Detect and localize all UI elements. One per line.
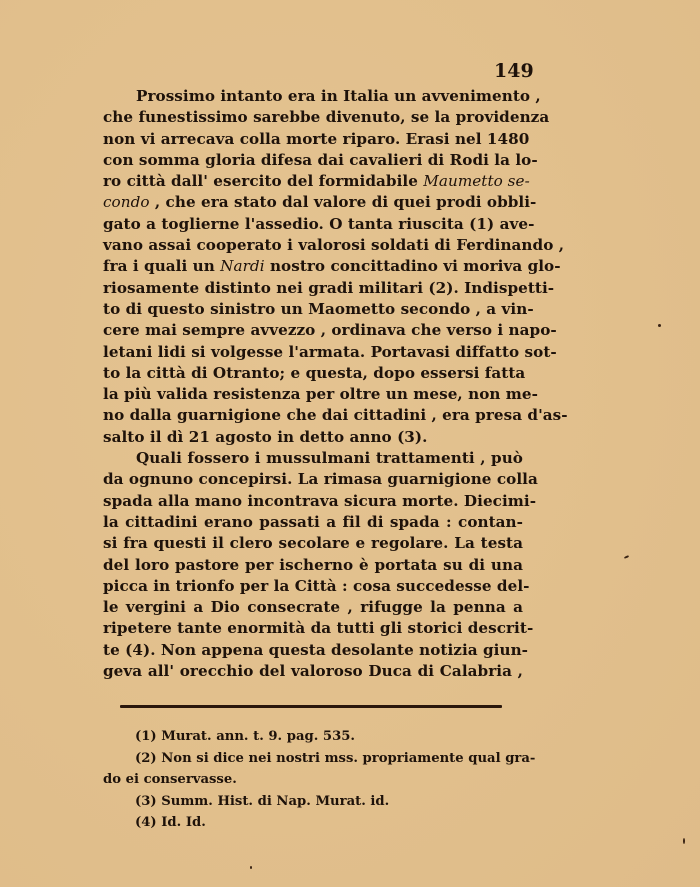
- book-page: 149 Prossimo intanto era in Italia un av…: [0, 0, 700, 887]
- footnotes: (1) Murat. ann. t. 9. pag. 535. (2) Non …: [103, 726, 503, 834]
- text-fragment: fra i quali un: [103, 257, 220, 275]
- text-line: del loro pastore per ischerno è portata …: [103, 555, 523, 576]
- text-fragment: , che era stato dal valore di quei prodi…: [150, 193, 537, 211]
- text-line: Prossimo intanto era in Italia un avveni…: [103, 86, 523, 107]
- text-line: da ognuno concepirsi. La rimasa guarnigi…: [103, 469, 523, 490]
- text-fragment: nostro concittadino vi moriva glo-: [265, 257, 561, 275]
- paper-speck: [683, 838, 685, 844]
- footnote-4: (4) Id. Id.: [103, 812, 503, 834]
- paper-speck: [250, 866, 252, 869]
- text-line: che funestissimo sarebbe divenuto, se la…: [103, 107, 523, 128]
- paper-speck: [624, 555, 629, 559]
- text-line: le vergini a Dio consecrate , rifugge la…: [103, 597, 523, 618]
- text-fragment: ro città dall' esercito del formidabile: [103, 172, 423, 190]
- text-line: cere mai sempre avvezzo , ordinava che v…: [103, 320, 523, 341]
- text-line: picca in trionfo per la Città : cosa suc…: [103, 576, 523, 597]
- text-line: to la città di Otranto; e questa, dopo e…: [103, 363, 523, 384]
- italic-name-nardi: Nardi: [220, 257, 264, 275]
- italic-name-maumetto: Maumetto se-: [423, 172, 529, 190]
- text-line: to di questo sinistro un Maometto second…: [103, 299, 523, 320]
- text-line: no dalla guarnigione che dai cittadini ,…: [103, 405, 523, 426]
- footnote-3: (3) Summ. Hist. di Nap. Murat. id.: [103, 791, 503, 813]
- footnote-2: (2) Non si dice nei nostri mss. propriam…: [103, 748, 503, 770]
- text-line: non vi arrecava colla morte riparo. Eras…: [103, 129, 523, 150]
- text-line: vano assai cooperato i valorosi soldati …: [103, 235, 523, 256]
- text-line: con somma gloria difesa dai cavalieri di…: [103, 150, 523, 171]
- text-line: gato a toglierne l'assedio. O tanta rius…: [103, 214, 523, 235]
- paper-speck: [658, 324, 661, 327]
- footnote-1: (1) Murat. ann. t. 9. pag. 535.: [103, 726, 503, 748]
- text-line: condo , che era stato dal valore di quei…: [103, 192, 523, 213]
- text-line: si fra questi il clero secolare e regola…: [103, 533, 523, 554]
- text-line: geva all' orecchio del valoroso Duca di …: [103, 661, 523, 682]
- text-line: ripetere tante enormità da tutti gli sto…: [103, 618, 523, 639]
- text-line: letani lidi si volgesse l'armata. Portav…: [103, 342, 523, 363]
- body-text: Prossimo intanto era in Italia un avveni…: [103, 86, 523, 682]
- footnote-separator-rule: [120, 705, 502, 708]
- text-line: riosamente distinto nei gradi militari (…: [103, 278, 523, 299]
- text-line: ro città dall' esercito del formidabile …: [103, 171, 523, 192]
- text-line: la più valida resistenza per oltre un me…: [103, 384, 523, 405]
- footnote-2-continued: do ei conservasse.: [103, 769, 503, 791]
- text-line: salto il dì 21 agosto in detto anno (3).: [103, 427, 523, 448]
- text-line: fra i quali un Nardi nostro concittadino…: [103, 256, 523, 277]
- text-line: spada alla mano incontrava sicura morte.…: [103, 491, 523, 512]
- text-line: te (4). Non appena questa desolante noti…: [103, 640, 523, 661]
- italic-fragment-condo: condo: [103, 193, 150, 211]
- text-line: Quali fossero i mussulmani trattamenti ,…: [103, 448, 523, 469]
- text-line: la cittadini erano passati a fil di spad…: [103, 512, 523, 533]
- page-number: 149: [494, 60, 534, 82]
